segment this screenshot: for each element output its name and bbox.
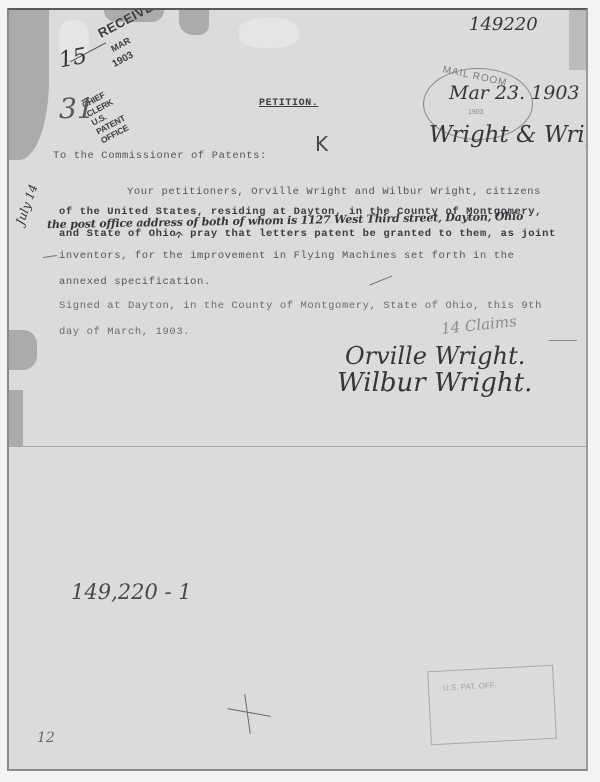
fold-line bbox=[9, 446, 586, 447]
attorneys-name: Wright & Wright bbox=[429, 122, 588, 148]
dash-mark bbox=[549, 340, 577, 341]
torn-edge-top bbox=[179, 10, 209, 35]
pencil-stroke bbox=[370, 276, 393, 286]
margin-stroke bbox=[43, 255, 57, 258]
handwritten-15: 15 bbox=[57, 44, 89, 73]
box-stamp-text: U.S. PAT. OFF. bbox=[443, 681, 496, 693]
cross-mark bbox=[227, 694, 277, 734]
margin-note: July 14 bbox=[13, 182, 41, 226]
mail-room-date: Mar 23. 1903 bbox=[449, 82, 580, 104]
page-title: PETITION. bbox=[259, 98, 318, 109]
torn-edge-left bbox=[9, 390, 23, 446]
paper-patch bbox=[239, 18, 299, 48]
serial-number: 149220 bbox=[469, 14, 538, 35]
torn-edge-top-right bbox=[569, 10, 588, 70]
handwritten-day: 31 bbox=[59, 92, 95, 125]
salutation: To the Commissioner of Patents: bbox=[53, 150, 267, 162]
signed-line-1: Signed at Dayton, in the County of Montg… bbox=[59, 300, 542, 312]
petition-document: RECEIVED MAR 1903 CHIEF CLERK U.S. PATEN… bbox=[7, 8, 588, 771]
cross-horizontal bbox=[227, 708, 271, 717]
signed-line-2: day of March, 1903. bbox=[59, 326, 190, 338]
body-line-1: Your petitioners, Orville Wright and Wil… bbox=[127, 186, 541, 198]
body-line-5: annexed specification. bbox=[59, 276, 211, 288]
body-line-4: inventors, for the improvement in Flying… bbox=[59, 250, 514, 262]
mail-room-year: 1903 bbox=[468, 109, 484, 116]
torn-edge-left bbox=[9, 330, 37, 370]
body-line-3: and State of Ohio, pray that letters pat… bbox=[59, 228, 556, 240]
margin-k-mark: K bbox=[315, 132, 328, 156]
file-number: 149,220 - 1 bbox=[71, 580, 192, 604]
signature-orville: Orville Wright. bbox=[345, 342, 525, 370]
caret-mark: ^ bbox=[173, 230, 185, 246]
torn-edge-top-left bbox=[9, 10, 49, 160]
cross-vertical bbox=[244, 694, 251, 734]
page-mark: 12 bbox=[37, 730, 55, 746]
claims-note: 14 Claims bbox=[440, 312, 517, 338]
signature-wilbur: Wilbur Wright. bbox=[337, 368, 532, 398]
faded-box-stamp: U.S. PAT. OFF. bbox=[427, 665, 557, 745]
